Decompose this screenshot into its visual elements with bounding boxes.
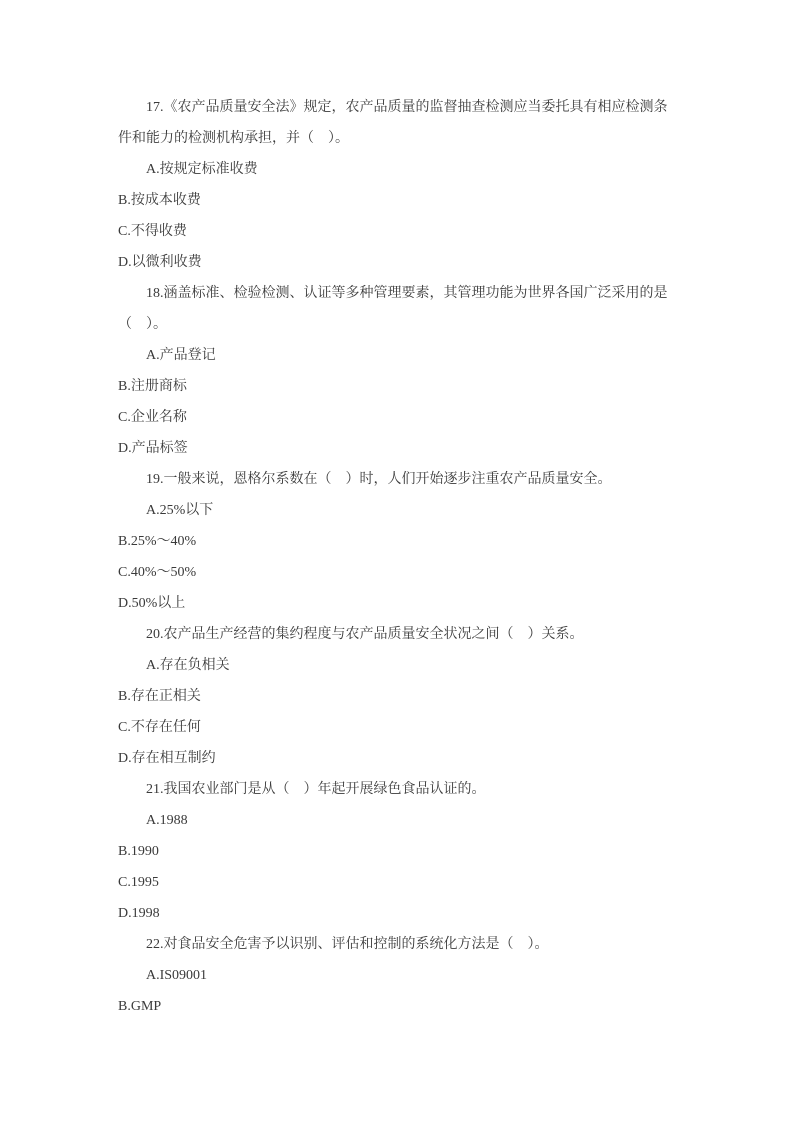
question-body: 农产品生产经营的集约程度与农产品质量安全状况之间（ ）关系。 bbox=[164, 627, 584, 642]
question-number: 20. bbox=[146, 627, 164, 642]
question-text: 21.我国农业部门是从（ ）年起开展绿色食品认证的。 bbox=[118, 774, 680, 805]
question-block: 21.我国农业部门是从（ ）年起开展绿色食品认证的。 A.1988B.1990C… bbox=[118, 774, 680, 929]
option-item: A.IS09001 bbox=[118, 960, 680, 991]
option-item: A.存在负相关 bbox=[118, 650, 680, 681]
question-text: 19.一般来说，恩格尔系数在（ ）时，人们开始逐步注重农产品质量安全。 bbox=[118, 464, 680, 495]
option-item: D.50%以上 bbox=[118, 588, 680, 619]
question-number: 21. bbox=[146, 782, 164, 797]
question-number: 19. bbox=[146, 472, 164, 487]
option-item: B.25%～40% bbox=[118, 526, 680, 557]
option-item: B.注册商标 bbox=[118, 371, 680, 402]
option-item: C.不存在任何 bbox=[118, 712, 680, 743]
question-block: 20.农产品生产经营的集约程度与农产品质量安全状况之间（ ）关系。 A.存在负相… bbox=[118, 619, 680, 774]
option-item: B.1990 bbox=[118, 836, 680, 867]
question-body: 一般来说，恩格尔系数在（ ）时，人们开始逐步注重农产品质量安全。 bbox=[164, 472, 612, 487]
option-item: C.企业名称 bbox=[118, 402, 680, 433]
option-item: A.1988 bbox=[118, 805, 680, 836]
page: 17.《农产品质量安全法》规定，农产品质量的监督抽查检测应当委托具有相应检测条件… bbox=[0, 0, 794, 1123]
option-item: B.按成本收费 bbox=[118, 185, 680, 216]
option-item: D.存在相互制约 bbox=[118, 743, 680, 774]
question-text: 18.涵盖标准、检验检测、认证等多种管理要素，其管理功能为世界各国广泛采用的是（… bbox=[118, 278, 680, 340]
option-item: D.产品标签 bbox=[118, 433, 680, 464]
option-item: D.1998 bbox=[118, 898, 680, 929]
question-number: 17. bbox=[146, 100, 164, 115]
question-body: 《农产品质量安全法》规定，农产品质量的监督抽查检测应当委托具有相应检测条件和能力… bbox=[118, 100, 668, 146]
question-text: 22.对食品安全危害予以识别、评估和控制的系统化方法是（ ）。 bbox=[118, 929, 680, 960]
question-body: 我国农业部门是从（ ）年起开展绿色食品认证的。 bbox=[164, 782, 486, 797]
option-item: B.存在正相关 bbox=[118, 681, 680, 712]
question-text: 17.《农产品质量安全法》规定，农产品质量的监督抽查检测应当委托具有相应检测条件… bbox=[118, 92, 680, 154]
question-number: 22. bbox=[146, 937, 164, 952]
question-block: 22.对食品安全危害予以识别、评估和控制的系统化方法是（ ）。 A.IS0900… bbox=[118, 929, 680, 1022]
option-item: C.1995 bbox=[118, 867, 680, 898]
option-item: C.40%～50% bbox=[118, 557, 680, 588]
option-item: A.产品登记 bbox=[118, 340, 680, 371]
option-item: C.不得收费 bbox=[118, 216, 680, 247]
exam-document: 17.《农产品质量安全法》规定，农产品质量的监督抽查检测应当委托具有相应检测条件… bbox=[118, 92, 680, 1022]
option-item: A.按规定标准收费 bbox=[118, 154, 680, 185]
question-number: 18. bbox=[146, 286, 164, 301]
question-body: 对食品安全危害予以识别、评估和控制的系统化方法是（ ）。 bbox=[164, 937, 549, 952]
question-text: 20.农产品生产经营的集约程度与农产品质量安全状况之间（ ）关系。 bbox=[118, 619, 680, 650]
question-block: 17.《农产品质量安全法》规定，农产品质量的监督抽查检测应当委托具有相应检测条件… bbox=[118, 92, 680, 278]
question-block: 19.一般来说，恩格尔系数在（ ）时，人们开始逐步注重农产品质量安全。 A.25… bbox=[118, 464, 680, 619]
question-body: 涵盖标准、检验检测、认证等多种管理要素，其管理功能为世界各国广泛采用的是（ ）。 bbox=[118, 286, 668, 332]
option-item: B.GMP bbox=[118, 991, 680, 1022]
option-item: A.25%以下 bbox=[118, 495, 680, 526]
option-item: D.以微利收费 bbox=[118, 247, 680, 278]
question-block: 18.涵盖标准、检验检测、认证等多种管理要素，其管理功能为世界各国广泛采用的是（… bbox=[118, 278, 680, 464]
